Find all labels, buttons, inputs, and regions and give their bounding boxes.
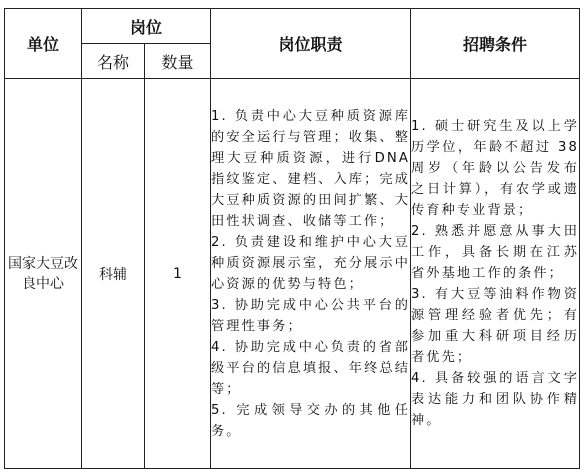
position-count-cell: 1 <box>145 79 211 469</box>
header-position-count: 数量 <box>145 44 211 79</box>
duty-item: 5. 完成领导交办的其他任务。 <box>211 400 410 442</box>
duty-item: 1. 负责中心大豆种质资源库的安全运行与管理；收集、整理大豆种质资源，进行DNA… <box>211 106 410 232</box>
recruitment-table: 单位 岗位 岗位职责 招聘条件 名称 数量 国家大豆改良中心 科辅 1 1. 负… <box>4 8 580 469</box>
requirement-item: 2. 熟悉并愿意从事大田工作，具备长期在江苏省外基地工作的条件； <box>411 221 579 284</box>
requirements-cell: 1. 硕士研究生及以上学历学位，年龄不超过 38 周岁（年龄以公告发布之日计算）… <box>411 79 580 469</box>
duty-item: 3. 协助完成中心公共平台的管理性事务； <box>211 295 410 337</box>
requirement-item: 1. 硕士研究生及以上学历学位，年龄不超过 38 周岁（年龄以公告发布之日计算）… <box>411 116 579 221</box>
requirement-item: 4. 具备较强的语言文字表达能力和团队协作精神。 <box>411 368 579 431</box>
header-position-group: 岗位 <box>82 9 211 44</box>
header-unit: 单位 <box>5 9 82 79</box>
header-position-name: 名称 <box>82 44 145 79</box>
header-duties: 岗位职责 <box>211 9 411 79</box>
requirement-item: 3. 有大豆等油料作物资源管理经验者优先；有参加重大科研项目经历者优先； <box>411 284 579 368</box>
duty-item: 4. 协助完成中心负责的省部级平台的信息填报、年终总结等； <box>211 337 410 400</box>
duties-cell: 1. 负责中心大豆种质资源库的安全运行与管理；收集、整理大豆种质资源，进行DNA… <box>211 79 411 469</box>
duty-item: 2. 负责建设和维护中心大豆种质资源展示室，充分展示中心资源的优势与特色； <box>211 232 410 295</box>
unit-cell: 国家大豆改良中心 <box>5 79 82 469</box>
header-requirements: 招聘条件 <box>411 9 580 79</box>
position-name-cell: 科辅 <box>82 79 145 469</box>
table-row: 国家大豆改良中心 科辅 1 1. 负责中心大豆种质资源库的安全运行与管理；收集、… <box>5 79 580 469</box>
